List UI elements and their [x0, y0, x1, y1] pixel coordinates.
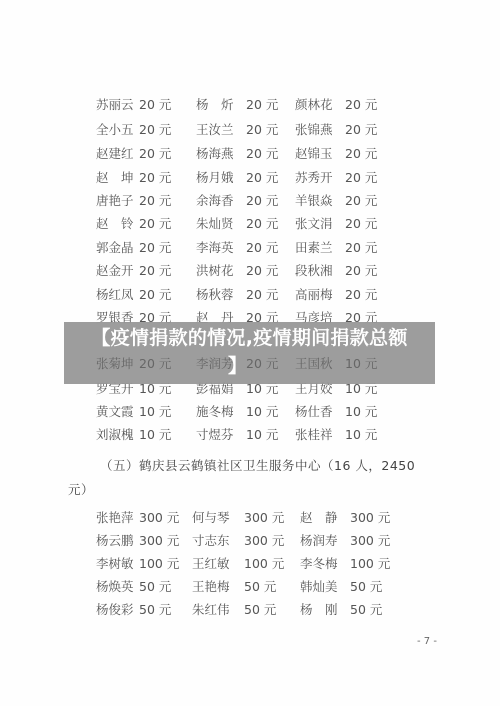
donor-name: 刘淑槐 — [96, 425, 134, 445]
donor-name: 赵金开 — [96, 261, 134, 281]
donation-amount: 20 元 — [246, 168, 278, 188]
donor-name: 杨海燕 — [196, 144, 234, 164]
donation-amount: 20 元 — [345, 285, 377, 305]
donor-name: 杨焕英 — [96, 577, 134, 597]
donation-amount: 20 元 — [345, 144, 377, 164]
donation-amount: 300 元 — [244, 508, 284, 528]
table-row: 赵 坤20 元杨月娥20 元苏秀开20 元 — [0, 168, 500, 188]
donor-name: 杨润寿 — [300, 531, 338, 551]
donor-name: 朱红伟 — [192, 600, 230, 620]
donation-amount: 50 元 — [244, 577, 276, 597]
donor-name: 张桂祥 — [295, 425, 333, 445]
donation-amount: 20 元 — [246, 354, 278, 374]
table-row: 赵金开20 元洪树花20 元段秋湘20 元 — [0, 261, 500, 281]
donor-name: 羊银焱 — [295, 191, 333, 211]
donor-name: 杨仕香 — [295, 402, 333, 422]
donation-amount: 50 元 — [350, 600, 382, 620]
donation-amount: 50 元 — [244, 600, 276, 620]
donor-name: 杨俊彩 — [96, 600, 134, 620]
table-row: 张艳萍300 元何与琴300 元赵 静300 元 — [0, 508, 500, 528]
donor-name: 王红敏 — [192, 554, 230, 574]
donor-name: 杨 刚 — [300, 600, 338, 620]
donor-name: 赵 坤 — [96, 168, 134, 188]
donation-amount: 20 元 — [139, 120, 171, 140]
donation-amount: 20 元 — [139, 214, 171, 234]
donation-amount: 20 元 — [246, 214, 278, 234]
donor-name: 全小五 — [96, 120, 134, 140]
donation-amount: 10 元 — [139, 425, 171, 445]
page-number: - 7 - — [417, 636, 437, 647]
donor-name: 段秋湘 — [295, 261, 333, 281]
donation-amount: 10 元 — [345, 425, 377, 445]
donation-amount: 20 元 — [139, 168, 171, 188]
donor-name: 王国秋 — [295, 354, 333, 374]
donation-amount: 20 元 — [139, 191, 171, 211]
donation-amount: 10 元 — [345, 354, 377, 374]
donor-name: 杨红凤 — [96, 285, 134, 305]
donation-amount: 20 元 — [246, 261, 278, 281]
donor-name: 李海英 — [196, 238, 234, 258]
donor-name: 唐艳子 — [96, 191, 134, 211]
donation-amount: 50 元 — [139, 577, 171, 597]
section-5-heading-line1: （五）鹤庆县云鹤镇社区卫生服务中心（16 人，2450 — [68, 454, 438, 478]
donation-amount: 300 元 — [350, 531, 390, 551]
donor-name: 李冬梅 — [300, 554, 338, 574]
donation-amount: 20 元 — [246, 285, 278, 305]
donor-name: 王汝兰 — [196, 120, 234, 140]
donation-amount: 10 元 — [345, 402, 377, 422]
donor-name: 张艳萍 — [96, 508, 134, 528]
donor-name: 杨秋蓉 — [196, 285, 234, 305]
donor-name: 黄文霞 — [96, 402, 134, 422]
donor-name: 颜林花 — [295, 95, 333, 115]
donation-amount: 20 元 — [139, 354, 171, 374]
table-row: 杨俊彩50 元朱红伟50 元杨 刚50 元 — [0, 600, 500, 620]
donor-name: 寸煜芬 — [196, 425, 234, 445]
banner-title-bracket: 】 — [228, 352, 247, 380]
table-row: 赵 铃20 元朱灿贤20 元张文涓20 元 — [0, 214, 500, 234]
donor-name: 赵建红 — [96, 144, 134, 164]
table-row: 杨云鹏300 元寸志东300 元杨润寿300 元 — [0, 531, 500, 551]
donation-amount: 20 元 — [246, 95, 278, 115]
table-row: 郭金晶20 元李海英20 元田素兰20 元 — [0, 238, 500, 258]
donation-amount: 100 元 — [350, 554, 390, 574]
donation-amount: 20 元 — [139, 238, 171, 258]
donation-amount: 20 元 — [345, 120, 377, 140]
table-row: 杨焕英50 元王艳梅50 元韩灿美50 元 — [0, 577, 500, 597]
section-5-heading-line2: 元） — [68, 482, 94, 497]
donor-name: 杨 炘 — [196, 95, 234, 115]
table-row: 苏丽云20 元杨 炘20 元颜林花20 元 — [0, 95, 500, 115]
donation-amount: 10 元 — [246, 425, 278, 445]
donor-name: 王艳梅 — [192, 577, 230, 597]
donation-amount: 20 元 — [246, 238, 278, 258]
donor-name: 施冬梅 — [196, 402, 234, 422]
donor-name: 杨云鹏 — [96, 531, 134, 551]
table-row: 全小五20 元王汝兰20 元张锦燕20 元 — [0, 120, 500, 140]
donor-name: 韩灿美 — [300, 577, 338, 597]
donation-amount: 300 元 — [139, 531, 179, 551]
donor-name: 李树敏 — [96, 554, 134, 574]
donation-amount: 100 元 — [244, 554, 284, 574]
table-row: 张菊坤20 元李润芳20 元王国秋10 元 — [0, 354, 500, 374]
donation-amount: 20 元 — [246, 144, 278, 164]
donation-amount: 20 元 — [345, 238, 377, 258]
donation-amount: 300 元 — [244, 531, 284, 551]
donation-amount: 300 元 — [139, 508, 179, 528]
donation-amount: 20 元 — [345, 214, 377, 234]
donor-name: 郭金晶 — [96, 238, 134, 258]
donor-name: 张菊坤 — [96, 354, 134, 374]
donation-amount: 100 元 — [139, 554, 179, 574]
donor-name: 张文涓 — [295, 214, 333, 234]
donor-name: 寸志东 — [192, 531, 230, 551]
table-row: 杨红凤20 元杨秋蓉20 元高丽梅20 元 — [0, 285, 500, 305]
donor-name: 张锦燕 — [295, 120, 333, 140]
row-under-banner: 张菊坤20 元李润芳20 元王国秋10 元 — [64, 350, 435, 384]
donation-amount: 300 元 — [350, 508, 390, 528]
banner-title: 【疫情捐款的情况,疫情期间捐款总额 — [64, 324, 435, 352]
donation-amount: 50 元 — [350, 577, 382, 597]
donor-name: 苏丽云 — [96, 95, 134, 115]
donor-name: 赵 静 — [300, 508, 338, 528]
donor-name: 余海香 — [196, 191, 234, 211]
donation-amount: 10 元 — [139, 402, 171, 422]
donor-name: 赵 铃 — [96, 214, 134, 234]
donation-amount: 50 元 — [139, 600, 171, 620]
donor-name: 杨月娥 — [196, 168, 234, 188]
title-banner: 张菊坤20 元李润芳20 元王国秋10 元 【疫情捐款的情况,疫情期间捐款总额 … — [64, 322, 435, 384]
donation-amount: 20 元 — [345, 261, 377, 281]
donor-name: 苏秀开 — [295, 168, 333, 188]
table-row: 黄文霞10 元施冬梅10 元杨仕香10 元 — [0, 402, 500, 422]
table-row: 唐艳子20 元余海香20 元羊银焱20 元 — [0, 191, 500, 211]
donor-name: 田素兰 — [295, 238, 333, 258]
section-5-heading: （五）鹤庆县云鹤镇社区卫生服务中心（16 人，2450 元） — [68, 454, 438, 502]
donor-name: 何与琴 — [192, 508, 230, 528]
table-row: 李树敏100 元王红敏100 元李冬梅100 元 — [0, 554, 500, 574]
donor-name: 高丽梅 — [295, 285, 333, 305]
donation-amount: 20 元 — [139, 95, 171, 115]
donor-name: 洪树花 — [196, 261, 234, 281]
donation-amount: 20 元 — [345, 168, 377, 188]
donor-name: 赵锦玉 — [295, 144, 333, 164]
table-row: 赵建红20 元杨海燕20 元赵锦玉20 元 — [0, 144, 500, 164]
donation-amount: 10 元 — [246, 402, 278, 422]
donation-amount: 20 元 — [246, 120, 278, 140]
table-row: 刘淑槐10 元寸煜芬10 元张桂祥10 元 — [0, 425, 500, 445]
donation-amount: 20 元 — [139, 285, 171, 305]
donation-amount: 20 元 — [139, 144, 171, 164]
donor-name: 朱灿贤 — [196, 214, 234, 234]
donation-amount: 20 元 — [139, 261, 171, 281]
donation-amount: 20 元 — [345, 191, 377, 211]
donation-amount: 20 元 — [246, 191, 278, 211]
donation-amount: 20 元 — [345, 95, 377, 115]
